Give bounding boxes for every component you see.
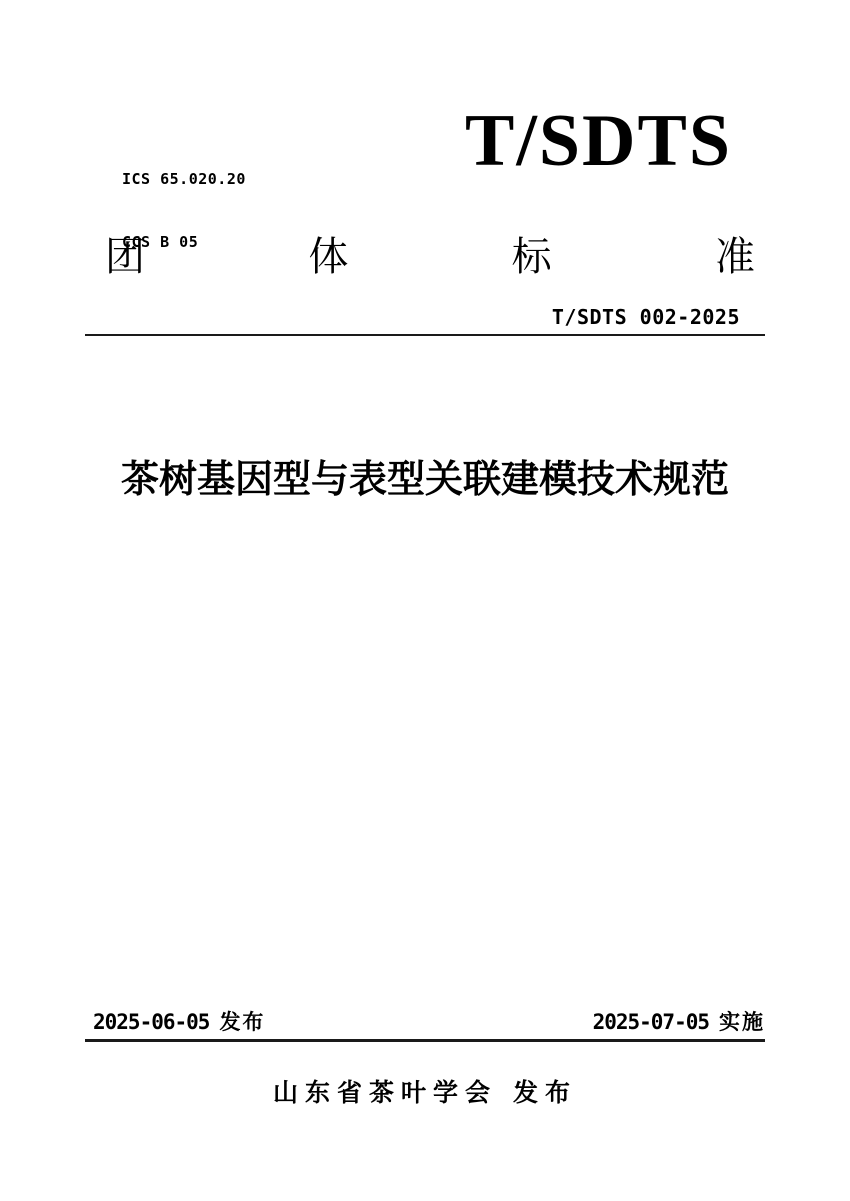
implementation-date-group: 2025-07-05 实施 <box>593 1006 765 1036</box>
standard-type-char: 准 <box>715 237 755 277</box>
ics-code: ICS 65.020.20 <box>122 169 246 190</box>
issue-date-group: 2025-06-05 发布 <box>93 1006 265 1036</box>
standard-type-char: 标 <box>512 237 552 277</box>
implementation-date: 2025-07-05 <box>593 1010 709 1034</box>
document-title: 茶树基因型与表型关联建模技术规范 <box>0 459 850 503</box>
publisher-name: 山东省茶叶学会 <box>273 1073 497 1109</box>
standard-type-row: 团 体 标 准 <box>105 237 755 277</box>
implementation-date-label: 实施 <box>719 1006 765 1036</box>
publisher-action-label: 发布 <box>513 1073 577 1109</box>
standard-cover-page: ICS 65.020.20 CCS B 05 T/SDTS 团 体 标 准 T/… <box>0 0 850 1201</box>
footer-divider <box>85 1039 765 1042</box>
standard-type-char: 团 <box>105 237 145 277</box>
standard-number: T/SDTS 002-2025 <box>552 305 740 329</box>
publisher-row: 山东省茶叶学会 发布 <box>0 1073 850 1109</box>
header-divider <box>85 334 765 336</box>
issue-date: 2025-06-05 <box>93 1010 209 1034</box>
standard-type-char: 体 <box>308 237 348 277</box>
issue-date-label: 发布 <box>219 1006 265 1036</box>
dates-row: 2025-06-05 发布 2025-07-05 实施 <box>93 1006 765 1036</box>
org-logo: T/SDTS <box>465 104 732 178</box>
